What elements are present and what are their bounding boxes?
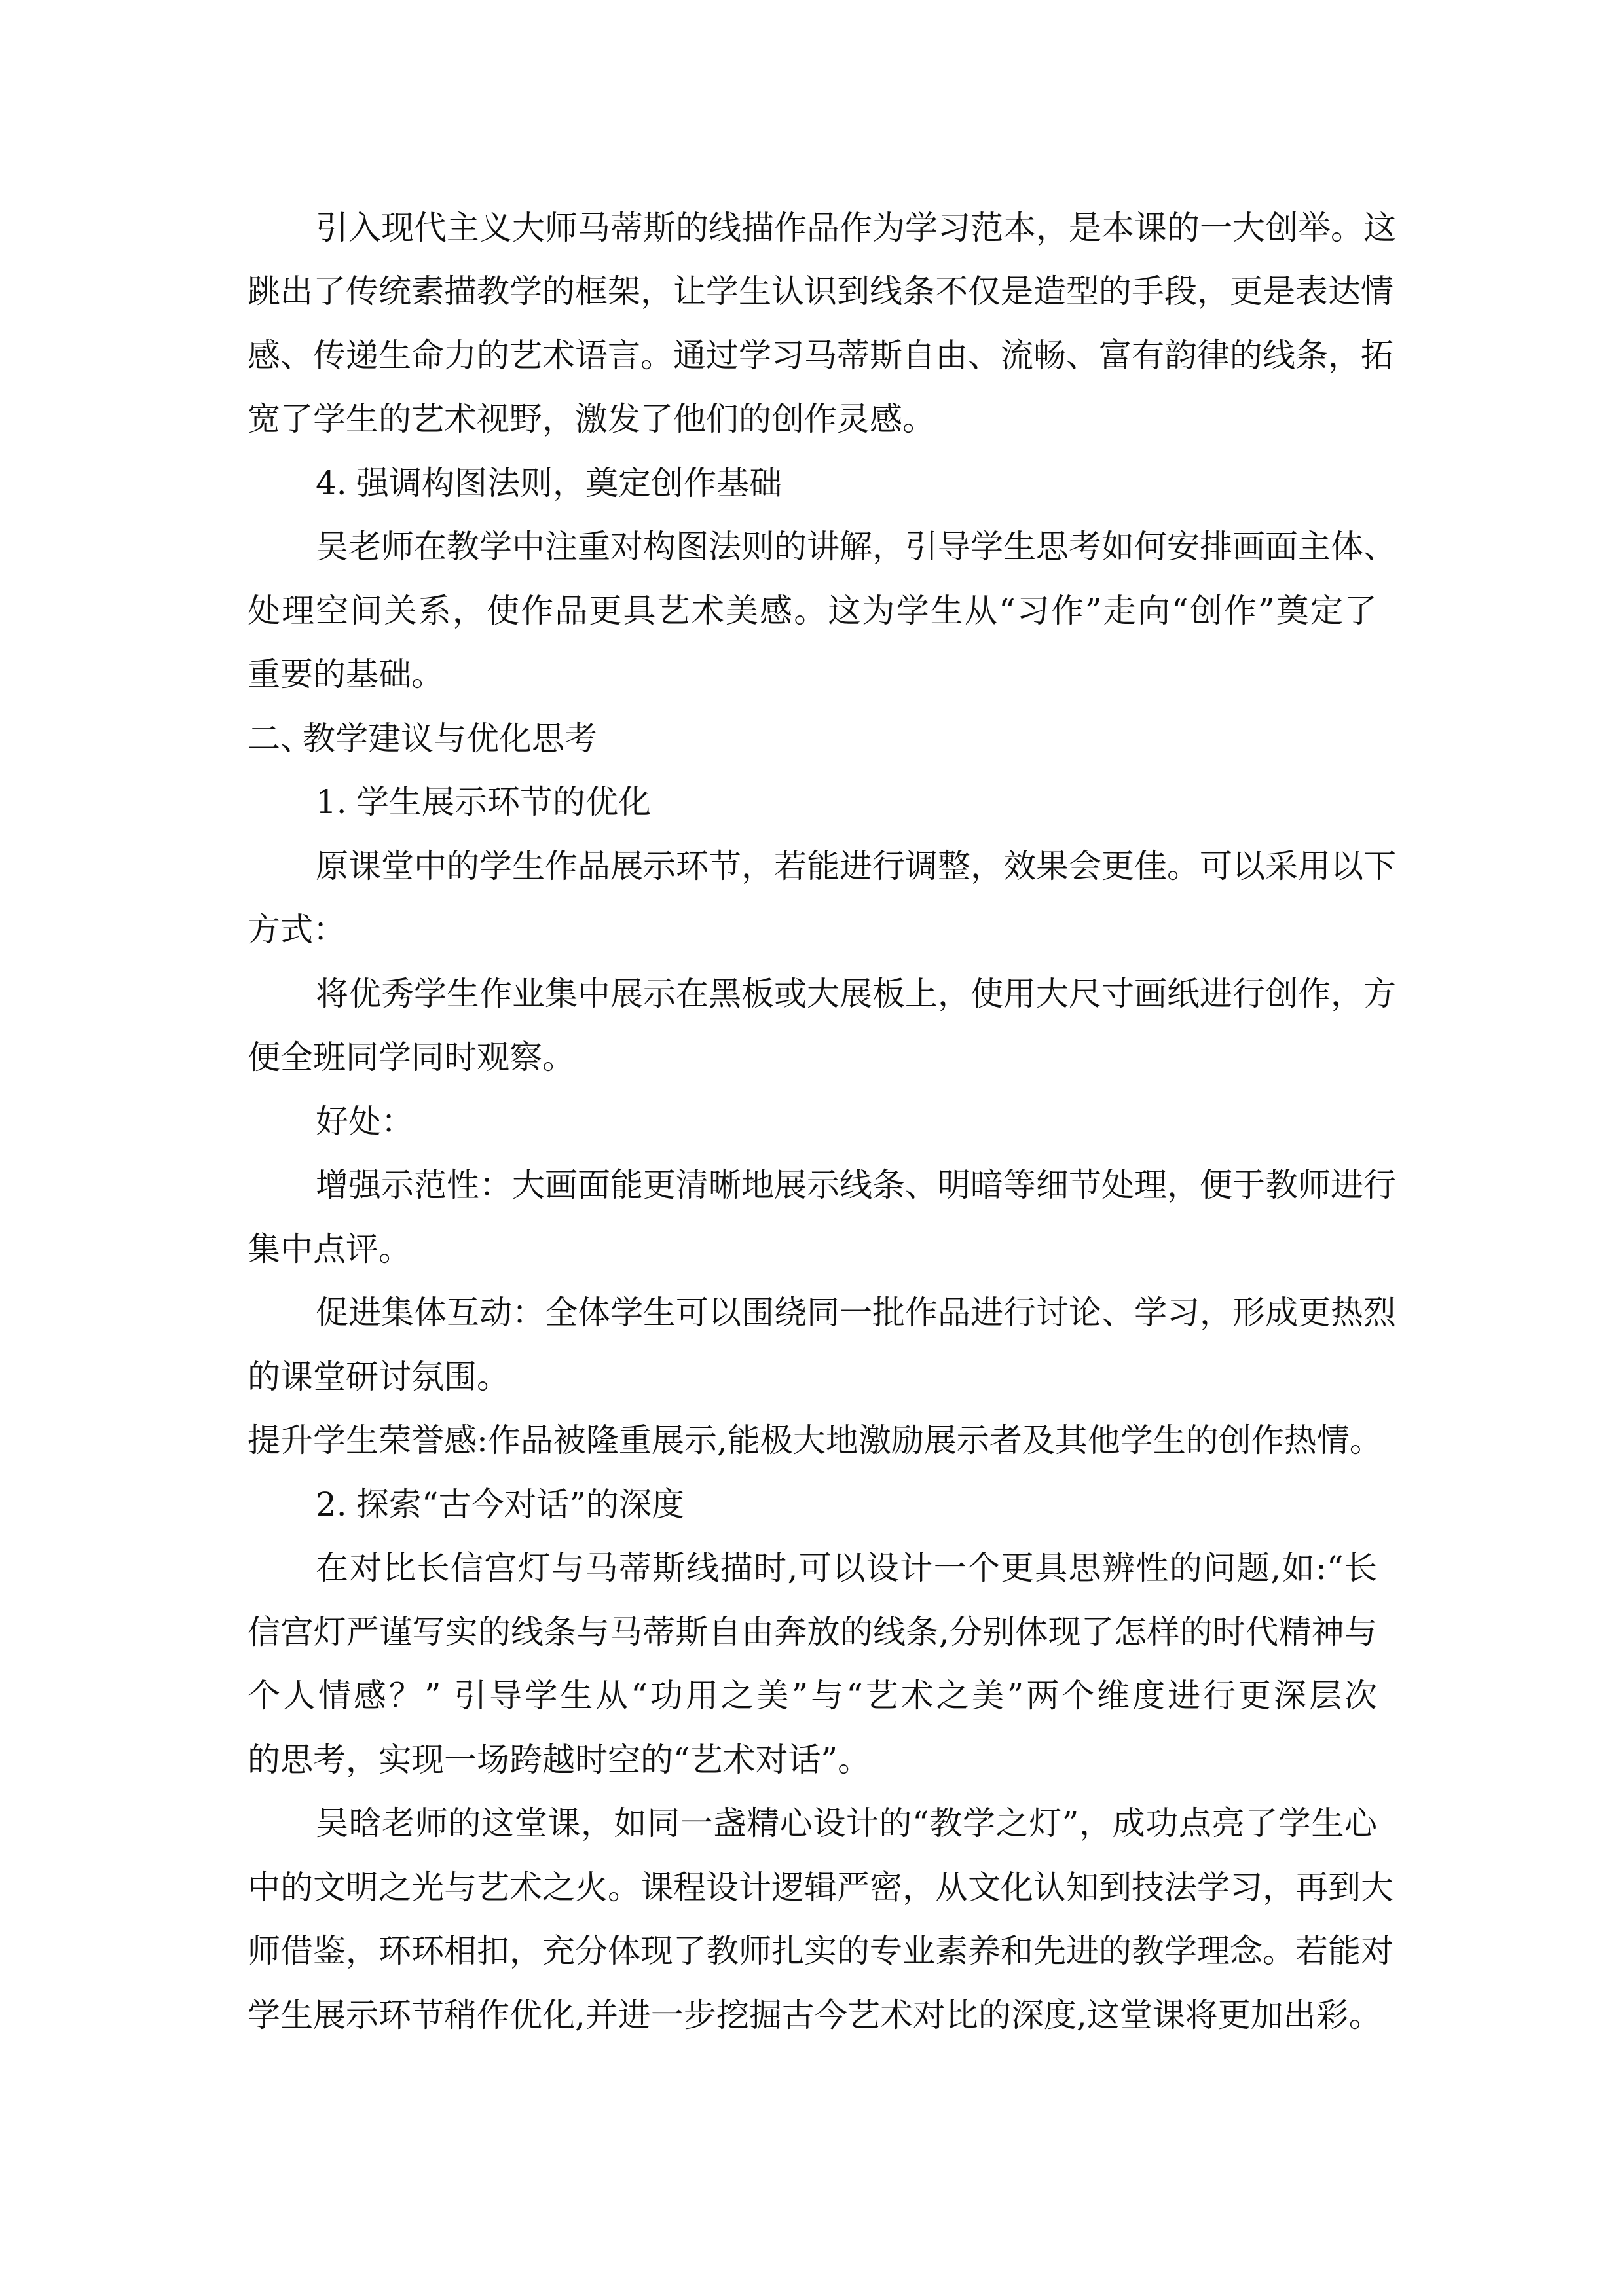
paragraph-line: 重要的基础。 — [248, 655, 1377, 694]
paragraph-line: 方式： — [248, 910, 1377, 949]
paragraph-line: 提升学生荣誉感:作品被隆重展示,能极大地激励展示者及其他学生的创作热情。 — [248, 1421, 1377, 1460]
paragraph-line: 信宫灯严谨写实的线条与马蒂斯自由奔放的线条,分别体现了怎样的时代精神与 — [248, 1613, 1377, 1652]
subsection-heading-2: 2.探索“古今对话”的深度 — [316, 1485, 1377, 1524]
paragraph-line: 促进集体互动：全体学生可以围绕同一批作品进行讨论、学习，形成更热烈 — [316, 1293, 1377, 1332]
paragraph-line: 将优秀学生作业集中展示在黑板或大展板上，使用大尺寸画纸进行创作，方 — [316, 974, 1377, 1013]
paragraph-line: 增强示范性：大画面能更清晰地展示线条、明暗等细节处理，便于教师进行 — [316, 1165, 1377, 1205]
paragraph-line: 在对比长信宫灯与马蒂斯线描时,可以设计一个更具思辨性的问题,如:“长 — [316, 1548, 1377, 1588]
paragraph-line: 个人情感？” 引导学生从“功用之美”与“艺术之美”两个维度进行更深层次 — [248, 1676, 1377, 1715]
paragraph-line: 便全班同学同时观察。 — [248, 1038, 1377, 1077]
paragraph-line: 跳出了传统素描教学的框架，让学生认识到线条不仅是造型的手段，更是表达情 — [248, 272, 1377, 311]
document-page: 引入现代主义大师马蒂斯的线描作品作为学习范本，是本课的一大创举。这 跳出了传统素… — [0, 0, 1624, 2296]
section-title: 教学建议与优化思考 — [303, 720, 597, 757]
subsection-title: 探索“古今对话”的深度 — [356, 1485, 684, 1523]
paragraph-line: 集中点评。 — [248, 1230, 1377, 1269]
paragraph-line: 吴老师在教学中注重对构图法则的讲解，引导学生思考如何安排画面主体、 — [316, 527, 1377, 566]
paragraph-line: 师借鉴，环环相扣，充分体现了教师扎实的专业素养和先进的教学理念。若能对 — [248, 1931, 1377, 1971]
section-heading-2: 二、教学建议与优化思考 — [248, 719, 1377, 758]
subsection-number: 2. — [316, 1485, 356, 1524]
paragraph-line: 原课堂中的学生作品展示环节，若能进行调整，效果会更佳。可以采用以下 — [316, 847, 1377, 886]
paragraph-line: 引入现代主义大师马蒂斯的线描作品作为学习范本，是本课的一大创举。这 — [316, 208, 1377, 247]
paragraph-line: 宽了学生的艺术视野，激发了他们的创作灵感。 — [248, 399, 1377, 439]
paragraph-line: 中的文明之光与艺术之火。课程设计逻辑严密，从文化认知到技法学习，再到大 — [248, 1868, 1377, 1907]
paragraph-line: 吴晗老师的这堂课，如同一盏精心设计的“教学之灯”，成功点亮了学生心 — [316, 1804, 1377, 1843]
subsection-number: 1. — [316, 782, 356, 822]
paragraph-line: 感、传递生命力的艺术语言。通过学习马蒂斯自由、流畅、富有韵律的线条，拓 — [248, 336, 1377, 375]
paragraph-line: 好处： — [316, 1102, 1377, 1141]
section-number: 二、 — [248, 719, 303, 758]
subsection-title: 强调构图法则，奠定创作基础 — [356, 464, 782, 502]
paragraph-line: 学生展示环节稍作优化,并进一步挖掘古今艺术对比的深度,这堂课将更加出彩。 — [248, 1995, 1377, 2035]
paragraph-line: 的课堂研讨氛围。 — [248, 1357, 1377, 1396]
subsection-heading-4: 4.强调构图法则，奠定创作基础 — [316, 464, 1377, 503]
paragraph-line: 的思考，实现一场跨越时空的“艺术对话”。 — [248, 1740, 1377, 1779]
subsection-heading-1: 1.学生展示环节的优化 — [316, 782, 1377, 822]
subsection-number: 4. — [316, 464, 356, 503]
paragraph-line: 处理空间关系，使作品更具艺术美感。这为学生从“习作”走向“创作”奠定了 — [248, 591, 1377, 630]
subsection-title: 学生展示环节的优化 — [356, 783, 651, 821]
